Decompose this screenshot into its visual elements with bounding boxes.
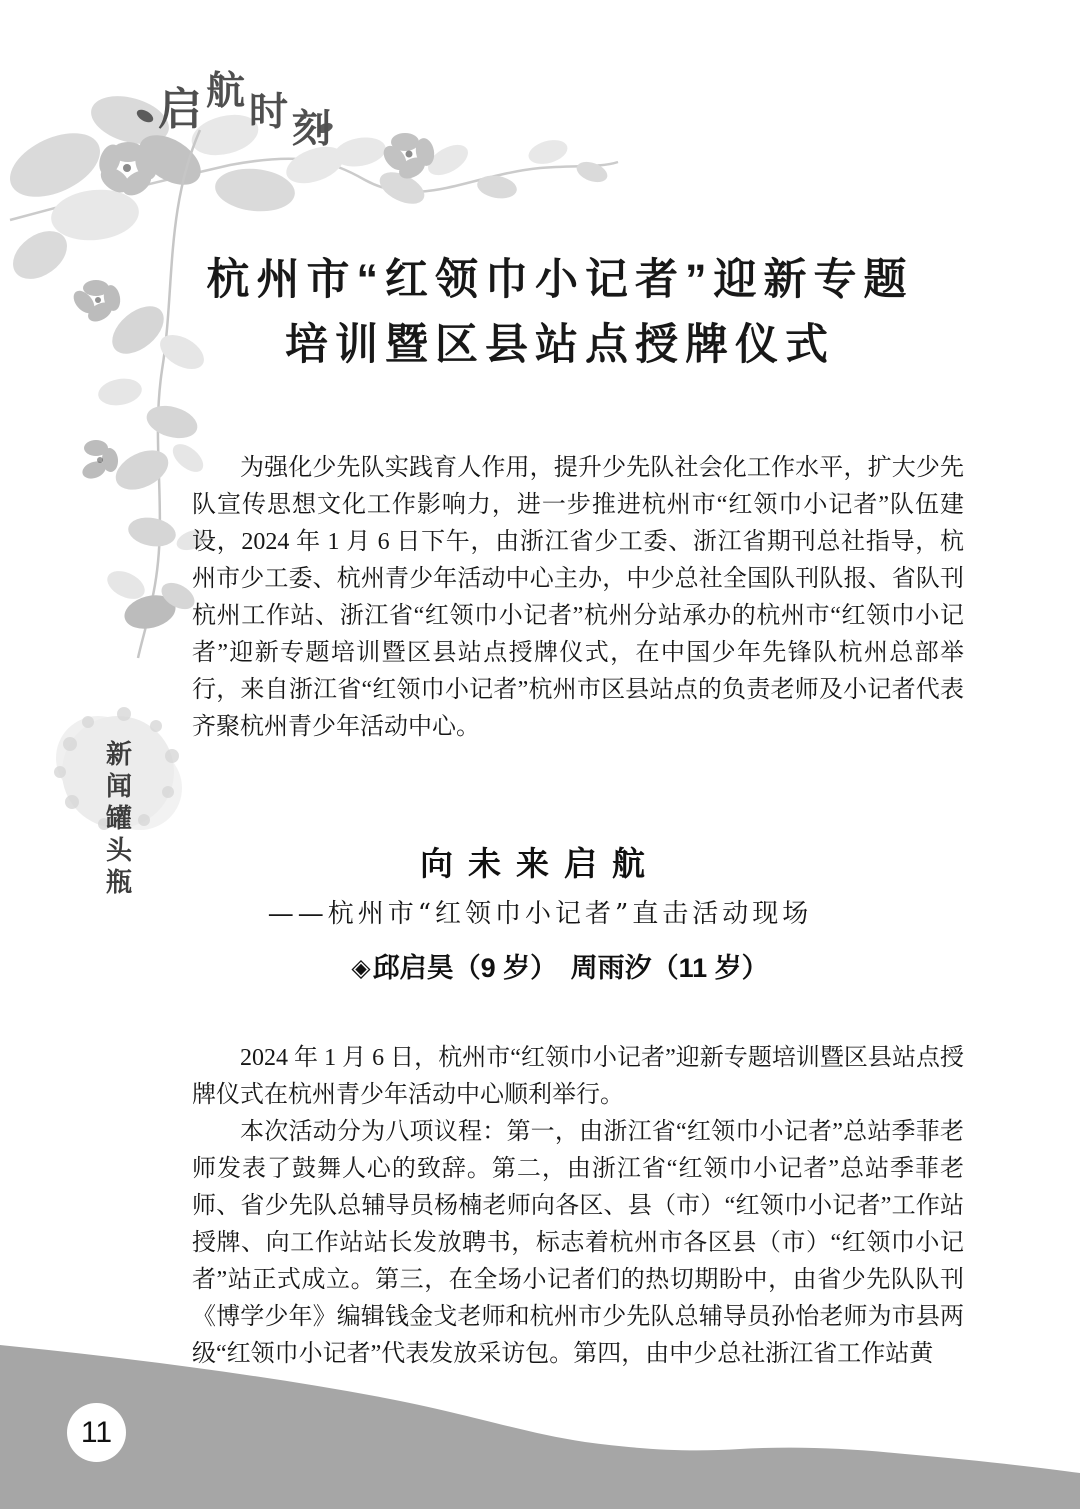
diamond-bullet-icon: ◈ bbox=[351, 954, 370, 982]
article-subheading: ——杭州市“红领巾小记者”直击活动现场 bbox=[0, 893, 1080, 930]
magazine-page: 启 航 时 刻 杭州市“红领巾小记者”迎新专题 培训暨区县站点授牌仪式 为强化少… bbox=[0, 0, 1080, 1509]
header-char: 时 bbox=[249, 93, 288, 132]
left-vine bbox=[70, 130, 211, 658]
header-char: 启 bbox=[158, 88, 202, 132]
flower-icon-2 bbox=[379, 133, 436, 183]
page-title: 杭州市“红领巾小记者”迎新专题 培训暨区县站点授牌仪式 bbox=[180, 248, 940, 378]
page-number-badge: 11 bbox=[67, 1403, 126, 1462]
article-body: 2024 年 1 月 6 日，杭州市“红领巾小记者”迎新专题培训暨区县站点授牌仪… bbox=[192, 1040, 964, 1373]
intro-paragraph: 为强化少先队实践育人作用，提升少先队社会化工作水平，扩大少先队宣传思想文化工作影… bbox=[192, 450, 964, 746]
flower-icon bbox=[96, 142, 161, 201]
column-label-char: 瓶 bbox=[106, 868, 132, 897]
page-title-line2: 培训暨区县站点授牌仪式 bbox=[180, 313, 940, 378]
column-label-vertical: 新 闻 罐 头 瓶 bbox=[98, 740, 140, 898]
column-label-char: 头 bbox=[106, 836, 132, 865]
column-label-char: 闻 bbox=[106, 772, 132, 801]
flower-icon-4 bbox=[80, 440, 119, 482]
article-heading: 向未来启航 bbox=[0, 838, 1080, 885]
byline: ◈邱启昊（9 岁） 周雨汐（11 岁） bbox=[20, 946, 1080, 985]
byline-authors: 邱启昊（9 岁） 周雨汐（11 岁） bbox=[373, 953, 769, 983]
page-title-line1: 杭州市“红领巾小记者”迎新专题 bbox=[180, 248, 940, 313]
column-label-char: 新 bbox=[106, 740, 132, 769]
page-number: 11 bbox=[81, 1416, 112, 1450]
article-paragraph-1: 2024 年 1 月 6 日，杭州市“红领巾小记者”迎新专题培训暨区县站点授牌仪… bbox=[192, 1040, 964, 1114]
header-char: 刻 bbox=[292, 110, 331, 149]
column-label-char: 罐 bbox=[106, 804, 132, 833]
article-paragraph-2: 本次活动分为八项议程：第一，由浙江省“红领巾小记者”总站季菲老师发表了鼓舞人心的… bbox=[192, 1114, 964, 1373]
flower-icon-3 bbox=[70, 280, 123, 325]
header-char: 航 bbox=[206, 72, 245, 111]
